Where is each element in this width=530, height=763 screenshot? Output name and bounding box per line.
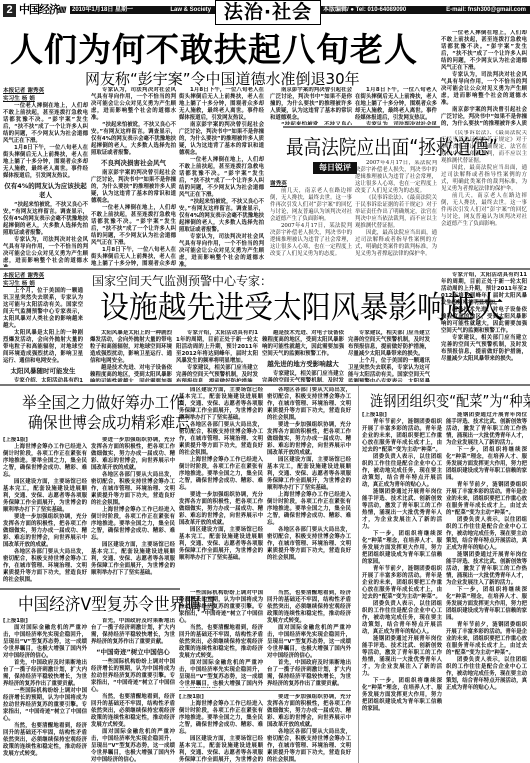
divider [0,384,530,386]
paragraph: 《民事诉讼法》、《最高法院关于民事诉讼证据的若干规定》对于举证责任作出了明确规定… [355,195,437,230]
paragraph: 各地区各部门要从大局出发，密切配合，积极支持世博会筹办工作，在城市管理、环境治理… [91,472,175,507]
sun-column-3: 专家介绍，太阳活动具有约11年的周期，目前正处于新一轮太阳活动周的上升期，预计2… [176,330,258,382]
decorative-slashes: ///// [58,6,66,15]
paragraph: 南京彭宇案的判决曾引起社会广泛讨论，判决书中“如果不是你撞的，为什么要扶”的推理… [179,122,264,157]
paragraph: 各地区各部门要从大局出发，密切配合，积极支持世博会筹办工作，在城市管理、环境治理… [267,387,351,422]
paragraph: 园区建设方面，主要场馆已经基本完工，配套设施建设进展顺利，交通、安保、志愿者等各… [179,387,263,422]
byline: 本报记者 谢秀英 [3,272,83,280]
paragraph: 专家建议，相关部门应当建立完善的空间天气预警机制，及时发布预报信息，提前做好防护… [441,335,527,363]
subheadline-elderly: 网友称“彭宇案”令中国道德水准倒退30年 [85,70,340,88]
paragraph: 专家介绍，太阳活动具有约11年的周期，目前正处于新一轮太阳活动周的上升期，预计2… [3,378,83,382]
court-column-1: 谢秀英 前几天，南京老人在路边摔倒，无人搀扶，最终去世。这一事件再次引发人们对“… [270,180,352,266]
expo-column-4: 各地区各部门要从大局出发，密切配合，积极支持世博会筹办工作，在城市管理、环境治理… [267,387,351,585]
byline-intern: 实习生 杨 娟 [3,280,83,288]
paragraph: 因此，最高法院应当出面，通过司法解释或者指导性案例的方式，明确此类案件的裁判标准… [355,230,437,258]
elderly-column-1: 本报记者 谢秀英 实习生 杨 娟 一位老人摔倒在地上，人们却不敢上前扶起，甚至连… [3,87,88,267]
court-column-3: 《民事诉讼法》、《最高法院关于民事诉讼证据的若干规定》对于举证责任作出了明确规定… [441,130,527,266]
paragraph: 涟钢团委通过开展青年岗位能手评选、技术比武、创新创效等活动，激发了青年职工的工作… [446,552,527,587]
economy-column-2: 首先，中国政府及时果断地出台了一揽子经济刺激计划，扩大内需，保持经济平稳较快增长… [91,618,175,763]
paragraph: 上个月，位于美国的一颗通讯卫星突然失去联系，专家认为这可能与太阳活动有关。国家空… [348,358,430,382]
paragraph: 南京彭宇案的判决曾引起社会广泛讨论，判决书中“如果不是你撞的，为什么要扶”的推理… [91,170,176,205]
date-band: 2010年1月18日 星期一 Law & Society [70,6,215,14]
headline-sun: 设施越先进受太阳风暴影响越大 [100,288,379,328]
paragraph: 园区建设方面，主要场馆已经基本完工，配套设施建设进展顺利，交通、安保、志愿者等各… [179,527,263,562]
paragraph: 前几天，南京老人在路边摔倒，无人搀扶，最终去世。这一事件再次引发人们对“彭宇案”… [270,188,352,223]
column-tag: 每日锐评 [313,162,357,174]
paragraph: 当然，也要清醒地看到，经济回升的基础还不牢固，结构性矛盾依然突出，必须继续保持宏… [3,723,87,758]
issue-date: 2010年1月18日 星期一 [72,7,133,13]
subhead: 越先进的地方受影响越大 [262,360,344,369]
paragraph: 涟钢团委通过开展青年岗位能手评选、技术比武、创新创效等活动，激发了青年职工的工作… [362,636,442,678]
court-column-2: 2007年4月17日，某法院判决彭宇补偿老人损失，判决书中的逻辑推理被认为违背了… [355,160,437,266]
editor-phone: 本版编辑/ ● Tel: 010-64089090 [323,7,406,13]
paragraph: 青年节前夕，涟钢团委组织开展了丰富多彩的活动。青年是企业的未来，团组织要把工作重… [362,419,442,454]
paragraph: 面对国际金融危机的严重冲击，中国经济率先实现企稳回升，呈现出“V”型复苏态势，这… [91,729,175,763]
paragraph: 南京彭宇案的判决曾引起社会广泛讨论，判决书中“如果不是你撞的，为什么要扶”的推理… [270,87,352,122]
paragraph: 青年节前夕，涟钢团委组织开展了丰富多彩的活动。青年是企业的未来，团组织要把工作重… [362,566,442,601]
paragraph: 青年节前夕，涟钢团委组织开展了丰富多彩的活动。青年是企业的未来，团组织要把工作重… [446,622,527,657]
paragraph: 首先，中国政府及时果断地出台了一揽子经济刺激计划，扩大内需，保持经济平稳较快增长… [3,660,87,688]
paragraph: 前几天，南京老人在路边摔倒，无人搀扶，最终去世。这一事件再次引发人们对“彭宇案”… [441,193,527,228]
paragraph: 下一步，团组织将继续深化“种菜”理念，在培养人才、服务发展方面发挥更大作用，努力… [446,447,527,482]
subhead: 太阳风暴随时可能发生 [3,367,83,376]
paragraph: 当然，也要清醒地看到，经济回升的基础还不牢固，结构性矛盾依然突出，必须继续保持宏… [91,694,175,729]
paragraph: 各地区各部门要从大局出发，密切配合，积极支持世博会筹办工作，在城市管理、环境治理… [179,422,263,457]
paragraph: 园区建设方面，主要场馆已经基本完工，配套设施建设进展顺利，交通、安保、志愿者等各… [267,457,351,492]
subhead: 不良判决损害社会风气 [91,159,176,168]
paragraph: 太阳风暴是太阳上的一种剧烈爆发活动，会向外抛射大量的带电粒子和高能辐射，对地球空… [90,330,172,365]
source-note: [上接1版] [362,412,442,419]
economy-column-4: 当然，也要清醒地看到，经济回升的基础还不牢固，结构性矛盾依然突出，必须继续保持宏… [267,590,351,688]
paragraph: 专家建议，相关部门应当建立完善的空间天气预警机制，及时发布预报信息，提前做好防护… [262,371,344,382]
steel-column-1: [上接1版] 青年节前夕，涟钢团委组织开展了丰富多彩的活动。青年是企业的未来，团… [362,412,442,760]
paragraph: 上海世博会筹办工作已经进入倒计时阶段，各项工作正在紧张有序地推进。要举全国之力，… [267,492,351,527]
paragraph: 当然，也要清醒地看到，经济回升的基础还不牢固，结构性矛盾依然突出，必须继续保持宏… [267,590,351,625]
paragraph: 一位老人摔倒在地上，人们却不敢上前扶起，甚至连拨打急救电话都犹豫不决。“彭宇案”… [179,157,264,199]
subhead: “中国奇迹”树立中国信心 [91,648,175,657]
paragraph: 园区建设方面，主要场馆已经基本完工，配套设施建设进展顺利，交通、安保、志愿者等各… [91,542,175,577]
headline-steel: 涟钢团组织变“配菜”为“种菜” [370,391,520,411]
paragraph: 因此，最高法院应当出面，通过司法解释或者指导性案例的方式，明确此类案件的裁判标准… [441,165,527,193]
divider [283,126,440,128]
paragraph: 要进一步加强组织协调，充分发挥各方面的积极性，把各项工作做细做实，努力办成一届成… [267,694,351,729]
paragraph: 专家建议，相关部门应当建立完善的空间天气预警机制，及时发布预报信息，提前做好防护… [348,330,430,358]
contact-band: 本版编辑/ ● Tel: 010-64089090 E-mail: fnsh30… [320,6,530,14]
paragraph: 要进一步加强组织协调，充分发挥各方面的积极性，把各项工作做细做实，努力办成一届成… [3,514,87,549]
paragraph: 越是技术先进、对电子设备依赖程度高的地区，受到太阳风暴影响的可能性就越大，因此需… [441,307,527,335]
paragraph: 上海世博会筹办工作已经进入倒计时阶段，各项工作正在紧张有序地推进。要举全国之力，… [91,507,175,542]
sun-column-5: 专家建议，相关部门应当建立完善的空间天气预警机制，及时发布预报信息，提前做好防护… [348,330,430,382]
expo-column-3: 园区建设方面，主要场馆已经基本完工，配套设施建设进展顺利，交通、安保、志愿者等各… [179,387,263,585]
paragraph: 2007年4月17日，某法院判决彭宇补偿老人损失，判决书中的逻辑推理被认为违背了… [270,223,352,258]
column-divider [358,386,359,763]
paragraph: 面对国际金融危机的严重冲击，中国经济率先实现企稳回升，呈现出“V”型复苏态势，这… [3,625,87,660]
paragraph: 越是技术先进、对电子设备依赖程度高的地区，受到太阳风暴影响的可能性就越大，因此需… [262,330,344,358]
paragraph: 下一步，团组织将继续深化“种菜”理念，在培养人才、服务发展方面发挥更大作用，努力… [362,531,442,566]
expo-continuation-2: 要进一步加强组织协调，充分发挥各方面的积极性，把各项工作做细做实，努力办成一届成… [267,694,351,763]
paragraph: “扶起来怕被讹，不扶又良心不安。”有网友这样留言。调查显示，仅有4%的网友表示会… [270,122,352,125]
paragraph: 下一步，团组织将继续深化“种菜”理念，在培养人才、服务发展方面发挥更大作用，努力… [362,678,442,713]
paragraph: 专家认为，司法判决对社会风气具有导向作用，一个不恰当的判决可能会让公众对见义勇为… [179,234,264,267]
kicker-sun: 国家空间天气监测预警中心专家： [92,273,272,289]
sun-column-4: 越是技术先进、对电子设备依赖程度高的地区，受到太阳风暴影响的可能性就越大，因此需… [262,330,344,382]
paragraph: 1月8日下午，一位八旬老人在街头摔倒后无人上前搀扶，老人在地上躺了十多分钟，围观… [3,145,88,180]
byline: 谢秀英 [270,180,352,188]
sun-column-2: 太阳风暴是太阳上的一种剧烈爆发活动，会向外抛射大量的带电粒子和高能辐射，对地球空… [90,330,172,382]
elderly-column-6: 一位老人摔倒在地上，人们却不敢上前扶起，甚至连拨打急救电话都犹豫不决。“彭宇案”… [441,30,527,126]
headline-expo-line1: 举全国之力做好筹办工作 [22,393,169,413]
paragraph: 要进一步加强组织协调，充分发挥各方面的积极性，把各项工作做细做实，努力办成一届成… [91,437,175,472]
paragraph: 各地区各部门要从大局出发，密切配合，积极支持世博会筹办工作，在城市管理、环境治理… [267,729,351,763]
byline: 本报记者 谢秀英 [3,87,88,95]
section-english: Law & Society [170,6,211,14]
paragraph: 专家建议，相关部门应当建立完善的空间天气预警机制，及时发布预报信息，提前做好防护… [176,365,258,382]
paragraph: 专家认为，司法判决对社会风气具有导向作用，一个不恰当的判决可能会让公众对见义勇为… [355,122,437,125]
paragraph: 一些国际机构纷纷上调对中国经济增长的预期，认为中国将成为拉动世界经济复苏的重要引… [179,590,263,625]
headline-economy: 中国经济V型复苏令世界瞩目 [18,594,202,616]
paragraph: 要进一步加强组织协调，充分发挥各方面的积极性，把各项工作做细做实，努力办成一届成… [267,422,351,457]
paragraph: 1月8日下午，一位八旬老人在街头摔倒后无人上前搀扶，老人在地上躺了十多分钟，围观… [91,247,176,267]
paragraph: 上个月，位于美国的一颗通讯卫星突然失去联系，专家认为这可能与太阳活动有关。国家空… [3,288,83,330]
paragraph: “扶起来怕被讹，不扶又良心不安。”有网友这样留言。调查显示，仅有4%的网友表示会… [179,199,264,234]
headline-elderly: 人们为何不敢扶起八旬老人 [10,30,390,70]
divider [179,690,351,691]
paragraph: 首先，中国政府及时果断地出台了一揽子经济刺激计划，扩大内需，保持经济平稳较快增长… [267,660,351,688]
paragraph: 南京彭宇案的判决曾引起社会广泛讨论，判决书中“如果不是你撞的，为什么要扶”的推理… [441,107,527,126]
paragraph: 各地区各部门要从大局出发，密切配合，积极支持世博会筹办工作，在城市管理、环境治理… [267,527,351,562]
paragraph: 团委负责人表示，以往团组织的工作往往是配合企业中心工作，被动地完成任务，现在要主… [362,454,442,489]
paragraph: 专家认为，司法判决对社会风气具有导向作用，一个不恰当的判决可能会让公众对见义勇为… [3,237,88,267]
source-note: [上接1版] [3,437,87,444]
economy-column-1: [上接1版] 面对国际金融危机的严重冲击，中国经济率先实现企稳回升，呈现出“V”… [3,618,87,763]
paragraph: 专家介绍，太阳活动具有约11年的周期，目前正处于新一轮太阳活动周的上升期，预计2… [441,272,527,307]
paragraph: 1月8日下午，一位八旬老人在街头摔倒后无人上前搀扶，老人在地上躺了十多分钟，围观… [355,87,437,122]
paragraph: “扶起来怕被讹，不扶又良心不安。”有网友这样留言。调查显示，仅有4%的网友表示会… [3,202,88,237]
paragraph: 一些国际机构纷纷上调对中国经济增长的预期，认为中国将成为拉动世界经济复苏的重要引… [91,659,175,694]
paragraph: 一位老人摔倒在地上，人们却不敢上前扶起，甚至连拨打急救电话都犹豫不决。“彭宇案”… [3,103,88,145]
paragraph: 一些国际机构纷纷上调对中国经济增长的预期，认为中国将成为拉动世界经济复苏的重要引… [3,688,87,723]
paragraph: “扶起来怕被讹，不扶又良心不安。”有网友这样留言。调查显示，仅有4%的网友表示会… [91,122,176,157]
paragraph: 涟钢团委通过开展青年岗位能手评选、技术比武、创新创效等活动，激发了青年职工的工作… [362,489,442,531]
paragraph: 一位老人摔倒在地上，人们却不敢上前扶起，甚至连拨打急救电话都犹豫不决。“彭宇案”… [91,205,176,247]
paragraph: 面对国际金融危机的严重冲击，中国经济率先实现企稳回升，呈现出“V”型复苏态势，这… [179,660,263,688]
paragraph: 团委负责人表示，以往团组织的工作往往是配合企业中心工作，被动地完成任务，现在要主… [446,657,527,692]
paragraph: 太阳风暴是太阳上的一种剧烈爆发活动，会向外抛射大量的带电粒子和高能辐射，对地球空… [3,330,83,365]
sun-column-1: 本报记者 谢秀英 实习生 杨 娟 上个月，位于美国的一颗通讯卫星突然失去联系，专… [3,272,83,382]
paragraph: 要进一步加强组织协调，充分发挥各方面的积极性，把各项工作做细做实，努力办成一届成… [179,492,263,527]
elderly-column-4: 南京彭宇案的判决曾引起社会广泛讨论，判决书中“如果不是你撞的，为什么要扶”的推理… [270,87,352,125]
paragraph: 1月8日下午，一位八旬老人在街头摔倒后无人上前搀扶，老人在地上躺了十多分钟，围观… [179,87,264,122]
paragraph: 当然，也要清醒地看到，经济回升的基础还不牢固，结构性矛盾依然突出，必须继续保持宏… [179,625,263,660]
paragraph: 各地区各部门要从大局出发，密切配合，积极支持世博会筹办工作，在城市管理、环境治理… [3,549,87,584]
expo-column-1: [上接1版] 上海世博会筹办工作已经进入倒计时阶段，各项工作正在紧张有序地推进。… [3,437,87,585]
paper-logo: 中国经济 [19,3,59,17]
divider [0,268,530,270]
paragraph: 青年节前夕，涟钢团委组织开展了丰富多彩的活动。青年是企业的未来，团组织要把工作重… [446,482,527,517]
steel-column-2: 涟钢团委通过开展青年岗位能手评选、技术比武、创新创效等活动，激发了青年职工的工作… [446,412,527,760]
paragraph: 《民事诉讼法》、《最高法院关于民事诉讼证据的若干规定》对于举证责任作出了明确规定… [441,130,527,165]
elderly-column-3: 1月8日下午，一位八旬老人在街头摔倒后无人上前搀扶，老人在地上躺了十多分钟，围观… [179,87,264,267]
divider [0,588,180,590]
paragraph: 上海世博会筹办工作已经进入倒计时阶段，各项工作正在紧张有序地推进。要举全国之力，… [179,701,263,736]
economy-column-3: 一些国际机构纷纷上调对中国经济增长的预期，认为中国将成为拉动世界经济复苏的重要引… [179,590,263,688]
paragraph: 上海世博会筹办工作已经进入倒计时阶段，各项工作正在紧张有序地推进。要举全国之力，… [179,457,263,492]
sun-column-6: 专家介绍，太阳活动具有约11年的周期，目前正处于新一轮太阳活动周的上升期，预计2… [441,272,527,382]
expo-continuation-1: [上接1版] 上海世博会筹办工作已经进入倒计时阶段，各项工作正在紧张有序地推进。… [179,694,263,763]
subhead: 仅有4%的网友认为应该扶起老人 [3,182,88,200]
source-note: [上接1版] [179,694,263,701]
expo-column-2: 要进一步加强组织协调，充分发挥各方面的积极性，把各项工作做细做实，努力办成一届成… [91,437,175,585]
paragraph: 专家介绍，太阳活动具有约11年的周期，目前正处于新一轮太阳活动周的上升期，预计2… [176,330,258,365]
paragraph: 上海世博会筹办工作已经进入倒计时阶段，各项工作正在紧张有序地推进。要举全国之力，… [3,444,87,479]
elderly-column-5: 1月8日下午，一位八旬老人在街头摔倒后无人上前搀扶，老人在地上躺了十多分钟，围观… [355,87,437,125]
paragraph: 专家认为，司法判决对社会风气具有导向作用，一个不恰当的判决可能会让公众对见义勇为… [441,72,527,107]
elderly-column-2: 专家认为，司法判决对社会风气具有导向作用，一个不恰当的判决可能会让公众对见义勇为… [91,87,176,267]
section-title: 法治·社会 [215,0,321,25]
paragraph: 下一步，团组织将继续深化“种菜”理念，在培养人才、服务发展方面发挥更大作用，努力… [446,587,527,622]
paragraph: 涟钢团委通过开展青年岗位能手评选、技术比武、创新创效等活动，激发了青年职工的工作… [446,412,527,447]
paragraph: 2007年4月17日，某法院判决彭宇补偿老人损失，判决书中的逻辑推理被认为违背了… [355,160,437,195]
paragraph: 园区建设方面，主要场馆已经基本完工，配套设施建设进展顺利，交通、安保、志愿者等各… [3,479,87,514]
page-number: 2 [3,4,16,17]
masthead: 2 中国经济 ///// 2010年1月18日 星期一 Law & Societ… [0,0,530,26]
paragraph: 越是技术先进、对电子设备依赖程度高的地区，受到太阳风暴影响的可能性就越大，因此需… [90,365,172,382]
headline-court: 最高法院应出面“拯救道德” [286,133,436,161]
byline-intern: 实习生 杨 娟 [3,95,88,103]
paragraph: 首先，中国政府及时果断地出台了一揽子经济刺激计划，扩大内需，保持经济平稳较快增长… [91,618,175,646]
paragraph: 面对国际金融危机的严重冲击，中国经济率先实现企稳回升，呈现出“V”型复苏态势，这… [267,625,351,660]
paragraph: 团委负责人表示，以往团组织的工作往往是配合企业中心工作，被动地完成任务，现在要主… [446,517,527,552]
headline-expo-line2: 确保世博会成功精彩难忘 [28,413,175,433]
source-note: [上接1版] [3,618,87,625]
paragraph: 专家认为，司法判决对社会风气具有导向作用，一个不恰当的判决可能会让公众对见义勇为… [91,87,176,122]
paragraph: 园区建设方面，主要场馆已经基本完工，配套设施建设进展顺利，交通、安保、志愿者等各… [179,736,263,763]
paragraph: 团委负责人表示，以往团组织的工作往往是配合企业中心工作，被动地完成任务，现在要主… [362,601,442,636]
contact-email: E-mail: fnsh300@gmail.com [446,6,526,14]
paragraph: 一位老人摔倒在地上，人们却不敢上前扶起，甚至连拨打急救电话都犹豫不决。“彭宇案”… [441,30,527,72]
